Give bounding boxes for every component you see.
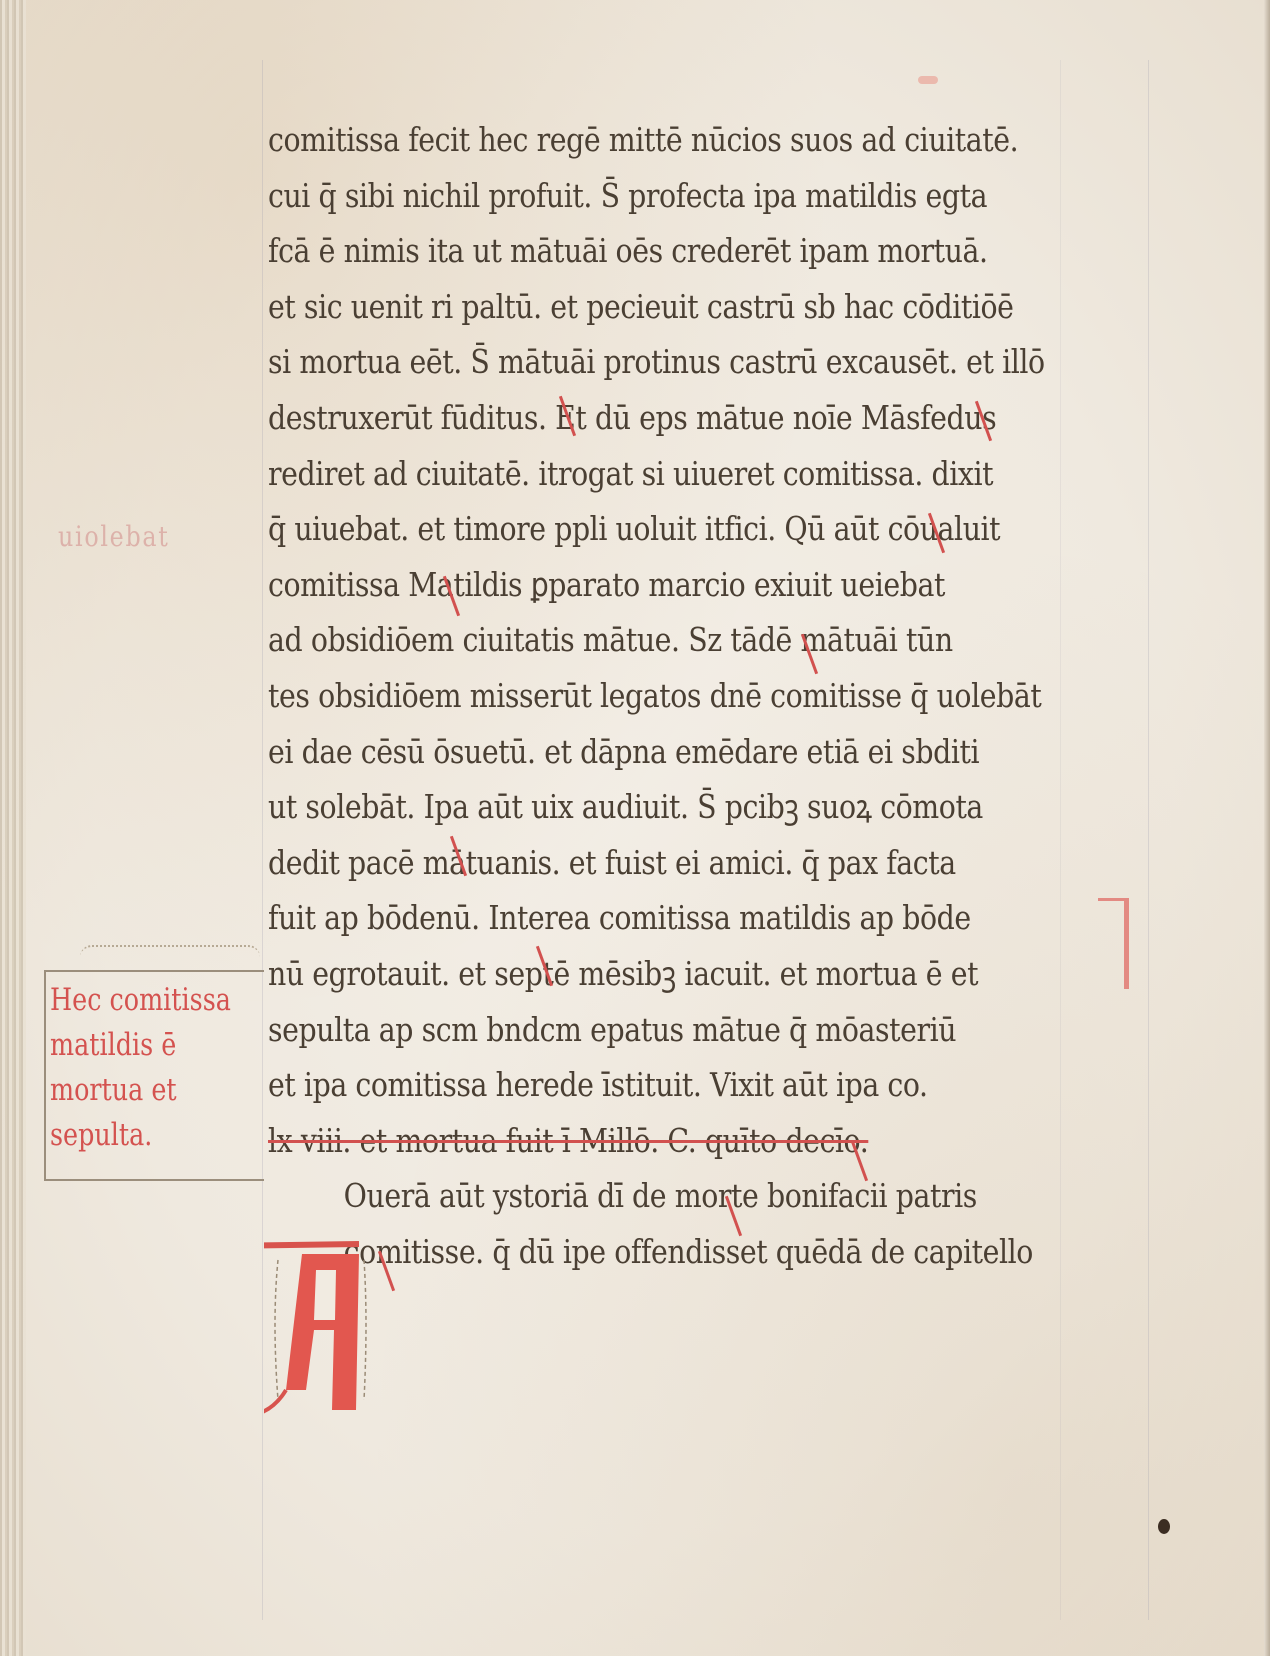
text-line: ei dae cēsū ōsuetū. et dāpna emēdare eti… — [268, 724, 1068, 780]
marginal-line: mortua et — [50, 1068, 222, 1113]
text-line: et ipa comitissa herede īstituit. Vixit … — [268, 1057, 1068, 1113]
marginal-line: Hec comitissa — [50, 978, 222, 1023]
text-line: destruxerūt fūditus. Et dū eps mātue noī… — [268, 390, 1068, 446]
text-line: comitissa Matildis ꝑparato marcio exiuit… — [268, 557, 1068, 613]
binding-gutter — [0, 0, 26, 1656]
text-line: si mortua eēt. S̄ mātuāi protinus castrū… — [268, 334, 1068, 390]
red-stain — [918, 76, 938, 84]
decorated-initial-a-icon — [264, 1240, 374, 1425]
text-line: ad obsidiōem ciuitatis mātue. Sz tādē mā… — [268, 612, 1068, 668]
marginal-line: matildis ē — [50, 1023, 222, 1068]
text-line: ut solebāt. Ipa aūt uix audiuit. S̄ pcib… — [268, 779, 1068, 835]
text-line: cui q̄ sibi nichil profuit. S̄ profecta … — [268, 168, 1068, 224]
text-line: Ouerā aūt ystoriā dī de morte bonifacii … — [268, 1168, 1068, 1224]
text-line: q̄ uiuebat. et timore ppli uoluit itfici… — [268, 501, 1068, 557]
text-line: et sic uenit ri paltū. et pecieuit castr… — [268, 279, 1068, 335]
page-edge — [1264, 0, 1270, 1656]
wormhole — [1158, 1519, 1170, 1534]
text-line: rediret ad ciuitatē. itrogat si uiueret … — [268, 446, 1068, 502]
manuscript-page: uiolebat comitissa fecit hec regē mittē … — [0, 0, 1270, 1656]
text-line: fuit ap bōdenū. Interea comitissa matild… — [268, 890, 1068, 946]
text-line: sepulta ap scm bndcm epatus mātue q̄ mōa… — [268, 1002, 1068, 1058]
rubric-bracket — [1098, 898, 1129, 989]
text-line: nū egrotauit. et septē mēsibꝫ iacuit. et… — [268, 946, 1068, 1002]
ruling-line-left — [262, 60, 263, 1620]
text-line: comitissa fecit hec regē mittē nūcios su… — [268, 112, 1068, 168]
marginal-rubric-note: Hec comitissa matildis ē mortua et sepul… — [44, 970, 264, 1181]
text-line: dedit pacē mātuanis. et fuist ei amici. … — [268, 835, 1068, 891]
text-line-struck: lx viii. et mortua fuit ī Millō. C. quīt… — [268, 1113, 1068, 1169]
faded-margin-note: uiolebat — [58, 520, 170, 553]
main-text-block: comitissa fecit hec regē mittē nūcios su… — [268, 112, 1198, 1279]
marginal-decoration — [80, 945, 260, 971]
text-line: tes obsidiōem misserūt legatos dnē comit… — [268, 668, 1068, 724]
marginal-line: sepulta. — [50, 1113, 222, 1158]
text-line: fcā ē nimis ita ut mātuāi oēs crederēt i… — [268, 223, 1068, 279]
